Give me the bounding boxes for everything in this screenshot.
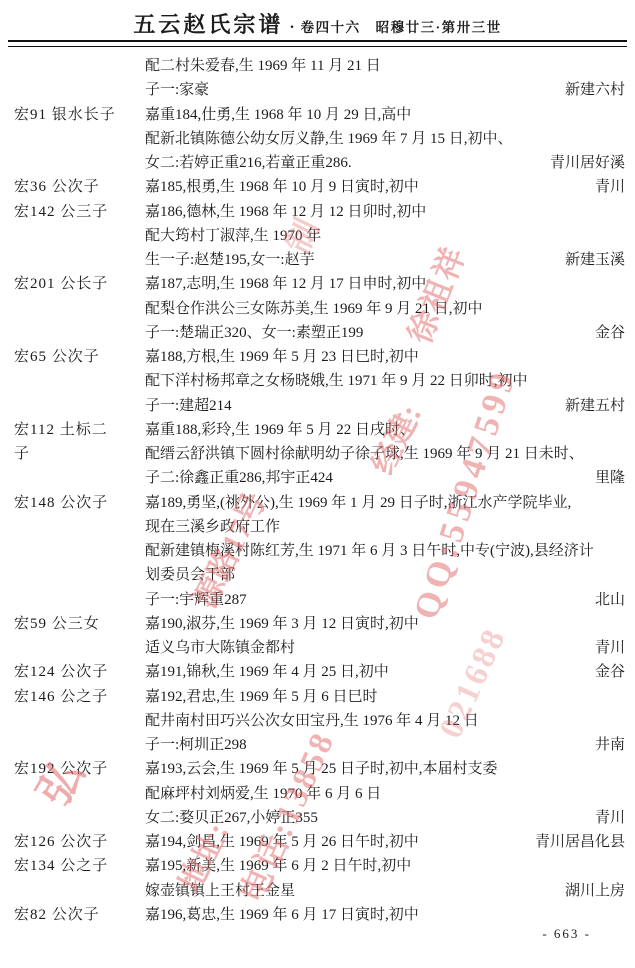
genealogy-line: 配二村朱爱春,生 1969 年 11 月 21 日 <box>14 54 625 78</box>
lineage-father-label: 子 <box>14 442 145 466</box>
entry-text: 嘉193,云会,生 1969 年 5 月 25 日子时,初中,本届村支委 <box>145 757 498 781</box>
lineage-father-label: 宏201 公长子 <box>14 272 145 296</box>
lineage-father-label: 宏112 土标二 <box>14 418 145 442</box>
lineage-father-label: 宏142 公三子 <box>14 200 145 224</box>
entry-text: 配二村朱爱春,生 1969 年 11 月 21 日 <box>145 54 381 78</box>
entry-text: 配麻坪村刘炳爱,生 1970 年 6 月 6 日 <box>145 782 381 806</box>
entry-text: 嘉196,葛忠,生 1969 年 6 月 17 日寅时,初中 <box>145 903 419 927</box>
residence-place: 北山 <box>587 588 625 612</box>
genealogy-line: 配麻坪村刘炳爱,生 1970 年 6 月 6 日 <box>14 782 625 806</box>
entry-text: 子一:宇辉重287 <box>145 588 247 612</box>
residence-place <box>617 54 625 78</box>
entry-text: 子一:楚瑞正320、女一:素塑正199 <box>145 321 363 345</box>
volume-subtitle: 卷四十六 昭穆廿三·第卅三世 <box>301 16 502 36</box>
genealogy-line: 宏59 公三女 嘉190,淑芬,生 1969 年 3 月 12 日寅时,初中 <box>14 612 625 636</box>
residence-place <box>617 491 625 515</box>
genealogy-line: 子一:家豪 新建六村 <box>14 78 625 102</box>
lineage-father-label <box>14 782 145 806</box>
page-header: 五云赵氏宗谱 · 卷四十六 昭穆廿三·第卅三世 <box>0 8 635 39</box>
entry-text: 嘉189,勇坚,(祧外公),生 1969 年 1 月 29 日子时,浙江水产学院… <box>145 491 571 515</box>
genealogy-line: 宏126 公次子 嘉194,剑昌,生 1969 年 5 月 26 日午时,初中 … <box>14 830 625 854</box>
genealogy-line: 配梨仓作洪公三女陈苏美,生 1969 年 9 月 21 日,初中 <box>14 297 625 321</box>
residence-place: 金谷 <box>587 321 625 345</box>
entry-text: 子一:家豪 <box>145 78 209 102</box>
lineage-father-label <box>14 539 145 563</box>
genealogy-line: 宏124 公次子 嘉191,锦秋,生 1969 年 4 月 25 日,初中 金谷 <box>14 660 625 684</box>
entry-text: 嫁壶镇镇上王村王金星 <box>145 879 295 903</box>
genealogy-line: 子 配缙云舒洪镇下圆村徐献明幼子徐子球,生 1969 年 9 月 21 日未时、 <box>14 442 625 466</box>
lineage-father-label <box>14 224 145 248</box>
genealogy-line: 宏142 公三子 嘉186,德林,生 1968 年 12 月 12 日卯时,初中 <box>14 200 625 224</box>
residence-place: 青川居昌化县 <box>527 830 625 854</box>
residence-place <box>617 345 625 369</box>
entry-text: 划委员会干部 <box>145 563 235 587</box>
genealogy-line: 配新北镇陈德公幼女厉义静,生 1969 年 7 月 15 日,初中、 <box>14 127 625 151</box>
lineage-father-label <box>14 588 145 612</box>
lineage-father-label: 宏146 公之子 <box>14 685 145 709</box>
entry-text: 嘉重188,彩玲,生 1969 年 5 月 22 日戌时、 <box>145 418 415 442</box>
genealogy-line: 配井南村田巧兴公次女田宝丹,生 1976 年 4 月 12 日 <box>14 709 625 733</box>
residence-place <box>617 297 625 321</box>
title-separator: · <box>289 19 294 37</box>
genealogy-line: 宏148 公次子 嘉189,勇坚,(祧外公),生 1969 年 1 月 29 日… <box>14 491 625 515</box>
entry-text: 嘉187,志明,生 1968 年 12 月 17 日申时,初中 <box>145 272 426 296</box>
entry-text: 嘉194,剑昌,生 1969 年 5 月 26 日午时,初中 <box>145 830 419 854</box>
lineage-father-label: 宏82 公次子 <box>14 903 145 927</box>
genealogy-line: 配下洋村杨邦章之女杨晓娥,生 1971 年 9 月 22 日卯时,初中 <box>14 369 625 393</box>
entry-text: 女二:婺贝正267,小婷正355 <box>145 806 318 830</box>
genealogy-line: 生一子:赵楚195,女一:赵芋 新建玉溪 <box>14 248 625 272</box>
genealogy-line: 宏82 公次子 嘉196,葛忠,生 1969 年 6 月 17 日寅时,初中 <box>14 903 625 927</box>
entry-text: 嘉191,锦秋,生 1969 年 4 月 25 日,初中 <box>145 660 389 684</box>
entry-text: 配缙云舒洪镇下圆村徐献明幼子徐子球,生 1969 年 9 月 21 日未时、 <box>145 442 584 466</box>
residence-place <box>617 709 625 733</box>
lineage-father-label: 宏134 公之子 <box>14 854 145 878</box>
entry-text: 现在三溪乡政府工作 <box>145 515 280 539</box>
residence-place: 青川居好溪 <box>542 151 625 175</box>
lineage-father-label: 宏126 公次子 <box>14 830 145 854</box>
lineage-father-label: 宏148 公次子 <box>14 491 145 515</box>
genealogy-line: 子一:楚瑞正320、女一:素塑正199 金谷 <box>14 321 625 345</box>
lineage-father-label <box>14 466 145 490</box>
lineage-father-label <box>14 515 145 539</box>
entry-text: 配大筠村丁淑萍,生 1970 年 <box>145 224 321 248</box>
genealogy-line: 现在三溪乡政府工作 <box>14 515 625 539</box>
residence-place <box>617 903 625 927</box>
genealogy-line: 配新建镇梅溪村陈红芳,生 1971 年 6 月 3 日午时,中专(宁波),县经济… <box>14 539 625 563</box>
entry-text: 嘉190,淑芬,生 1969 年 3 月 12 日寅时,初中 <box>145 612 419 636</box>
residence-place <box>617 442 625 466</box>
residence-place <box>617 854 625 878</box>
genealogy-line: 宏146 公之子 嘉192,君忠,生 1969 年 5 月 6 日巳时 <box>14 685 625 709</box>
lineage-father-label <box>14 806 145 830</box>
genealogy-line: 适义乌市大陈镇金都村 青川 <box>14 636 625 660</box>
residence-place: 青川 <box>587 175 625 199</box>
entry-text: 嘉185,根勇,生 1968 年 10 月 9 日寅时,初中 <box>145 175 419 199</box>
lineage-father-label: 宏124 公次子 <box>14 660 145 684</box>
residence-place <box>617 515 625 539</box>
residence-place <box>617 563 625 587</box>
genealogy-line: 配大筠村丁淑萍,生 1970 年 <box>14 224 625 248</box>
lineage-father-label <box>14 321 145 345</box>
residence-place: 新建玉溪 <box>557 248 625 272</box>
lineage-father-label <box>14 297 145 321</box>
entry-text: 配井南村田巧兴公次女田宝丹,生 1976 年 4 月 12 日 <box>145 709 479 733</box>
entry-text: 生一子:赵楚195,女一:赵芋 <box>145 248 315 272</box>
residence-place: 井南 <box>587 733 625 757</box>
genealogy-line: 子二:徐鑫正重286,邦宇正424 里隆 <box>14 466 625 490</box>
genealogy-line: 嫁壶镇镇上王村王金星 湖川上房 <box>14 879 625 903</box>
residence-place <box>617 369 625 393</box>
rows: 配二村朱爱春,生 1969 年 11 月 21 日 子一:家豪 新建六村 宏91… <box>14 54 625 927</box>
lineage-father-label <box>14 733 145 757</box>
page-number: - 663 - <box>542 926 591 942</box>
entry-text: 适义乌市大陈镇金都村 <box>145 636 295 660</box>
lineage-father-label: 宏91 银水长子 <box>14 103 145 127</box>
entry-text: 配新建镇梅溪村陈红芳,生 1971 年 6 月 3 日午时,中专(宁波),县经济… <box>145 539 594 563</box>
genealogy-line: 子一:建超214 新建五村 <box>14 394 625 418</box>
genealogy-line: 子一:柯圳正298 井南 <box>14 733 625 757</box>
entry-text: 嘉195,新美,生 1969 年 6 月 2 日午时,初中 <box>145 854 411 878</box>
genealogy-line: 划委员会干部 <box>14 563 625 587</box>
genealogy-line: 宏65 公次子 嘉188,方根,生 1969 年 5 月 23 日巳时,初中 <box>14 345 625 369</box>
book-title: 五云赵氏宗谱 <box>133 8 283 39</box>
entry-text: 子二:徐鑫正重286,邦宇正424 <box>145 466 333 490</box>
residence-place: 青川 <box>587 806 625 830</box>
residence-place <box>617 200 625 224</box>
residence-place <box>617 224 625 248</box>
lineage-father-label <box>14 879 145 903</box>
lineage-father-label: 宏36 公次子 <box>14 175 145 199</box>
lineage-father-label <box>14 248 145 272</box>
lineage-father-label <box>14 54 145 78</box>
genealogy-line: 宏192 公次子 嘉193,云会,生 1969 年 5 月 25 日子时,初中,… <box>14 757 625 781</box>
residence-place <box>617 612 625 636</box>
residence-place <box>617 127 625 151</box>
lineage-father-label: 宏65 公次子 <box>14 345 145 369</box>
residence-place <box>617 418 625 442</box>
entry-text: 嘉188,方根,生 1969 年 5 月 23 日巳时,初中 <box>145 345 419 369</box>
residence-place: 里隆 <box>587 466 625 490</box>
lineage-father-label <box>14 394 145 418</box>
residence-place <box>617 782 625 806</box>
genealogy-line: 女二:婺贝正267,小婷正355 青川 <box>14 806 625 830</box>
residence-place <box>617 757 625 781</box>
entry-text: 嘉186,德林,生 1968 年 12 月 12 日卯时,初中 <box>145 200 426 224</box>
residence-place: 新建五村 <box>557 394 625 418</box>
residence-place <box>617 539 625 563</box>
entry-text: 子一:柯圳正298 <box>145 733 247 757</box>
lineage-father-label <box>14 563 145 587</box>
entry-text: 配下洋村杨邦章之女杨晓娥,生 1971 年 9 月 22 日卯时,初中 <box>145 369 528 393</box>
residence-place: 湖川上房 <box>557 879 625 903</box>
entry-text: 子一:建超214 <box>145 394 232 418</box>
entry-text: 配新北镇陈德公幼女厉义静,生 1969 年 7 月 15 日,初中、 <box>145 127 513 151</box>
residence-place <box>617 103 625 127</box>
residence-place: 青川 <box>587 636 625 660</box>
entry-text: 配梨仓作洪公三女陈苏美,生 1969 年 9 月 21 日,初中 <box>145 297 483 321</box>
entry-text: 嘉192,君忠,生 1969 年 5 月 6 日巳时 <box>145 685 378 709</box>
genealogy-line: 宏201 公长子 嘉187,志明,生 1968 年 12 月 17 日申时,初中 <box>14 272 625 296</box>
genealogy-line: 宏112 土标二 嘉重188,彩玲,生 1969 年 5 月 22 日戌时、 <box>14 418 625 442</box>
genealogy-line: 子一:宇辉重287 北山 <box>14 588 625 612</box>
lineage-father-label <box>14 369 145 393</box>
lineage-father-label <box>14 127 145 151</box>
lineage-father-label <box>14 78 145 102</box>
genealogy-line: 宏36 公次子 嘉185,根勇,生 1968 年 10 月 9 日寅时,初中 青… <box>14 175 625 199</box>
lineage-father-label <box>14 709 145 733</box>
genealogy-page: 五云赵氏宗谱 · 卷四十六 昭穆廿三·第卅三世 配二村朱爱春,生 1969 年 … <box>0 0 635 968</box>
genealogy-line: 宏91 银水长子 嘉重184,仕勇,生 1968 年 10 月 29 日,高中 <box>14 103 625 127</box>
header-divider <box>8 40 627 47</box>
genealogy-line: 宏134 公之子 嘉195,新美,生 1969 年 6 月 2 日午时,初中 <box>14 854 625 878</box>
residence-place <box>617 272 625 296</box>
entry-text: 女二:若婷正重216,若童正重286. <box>145 151 352 175</box>
lineage-father-label: 宏192 公次子 <box>14 757 145 781</box>
entry-text: 嘉重184,仕勇,生 1968 年 10 月 29 日,高中 <box>145 103 411 127</box>
residence-place: 新建六村 <box>557 78 625 102</box>
residence-place: 金谷 <box>587 660 625 684</box>
genealogy-line: 女二:若婷正重216,若童正重286. 青川居好溪 <box>14 151 625 175</box>
residence-place <box>617 685 625 709</box>
lineage-father-label: 宏59 公三女 <box>14 612 145 636</box>
lineage-father-label <box>14 636 145 660</box>
lineage-father-label <box>14 151 145 175</box>
